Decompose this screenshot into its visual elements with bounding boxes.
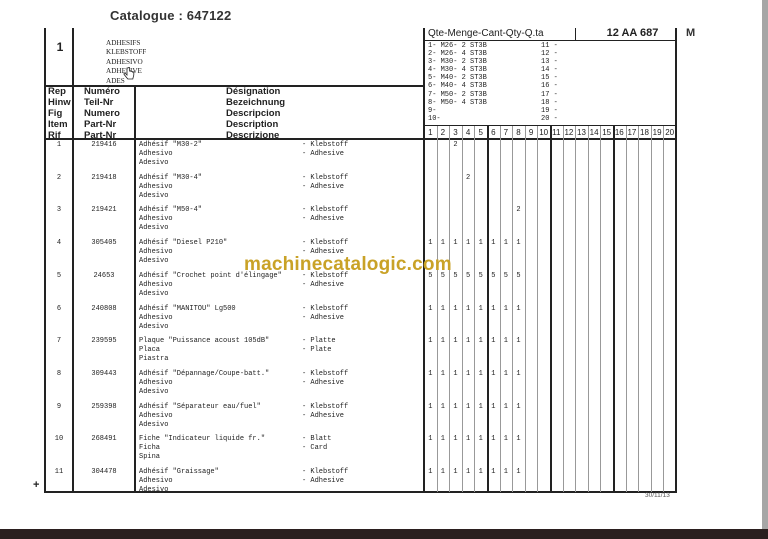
- qty-column-divider: [600, 126, 601, 492]
- catalogue-title: Catalogue : 647122: [110, 8, 231, 23]
- variant-line: 14 -: [541, 66, 558, 74]
- row-designation: Adhésif "M50-4" Adhesivo Adesivo: [139, 206, 202, 233]
- part-number-header-line: Teil-Nr: [84, 97, 120, 108]
- row-designation: Adhésif "MANITOU" Lg500 Adhesivo Adesivo: [139, 305, 236, 332]
- row-qty-cell: 1: [500, 370, 513, 378]
- qty-column-number: 7: [500, 128, 513, 137]
- row-part-number: 239595: [74, 337, 134, 346]
- row-qty-cell: 1: [424, 370, 437, 378]
- row-translation: - Blatt - Card: [302, 435, 331, 453]
- qty-column-number: 19: [651, 128, 664, 137]
- qty-column-divider: [563, 126, 564, 492]
- qty-column-number: 18: [638, 128, 651, 137]
- qty-column-number: 20: [663, 128, 676, 137]
- part-number-header-line: Part-Nr: [84, 119, 120, 130]
- row-qty-cell: 1: [424, 468, 437, 476]
- variant-line: 1- M26- 2 ST3B: [428, 42, 487, 50]
- row-qty-cell: 1: [512, 435, 525, 443]
- row-qty-cell: 1: [474, 370, 487, 378]
- figure-number: 1: [45, 40, 75, 54]
- row-qty-cell: 5: [474, 272, 487, 280]
- qty-column-number: 11: [550, 128, 563, 137]
- row-part-number: 219416: [74, 141, 134, 150]
- row-rep: 2: [46, 174, 72, 183]
- hand-cursor-icon: [123, 67, 135, 81]
- qty-column-divider: [638, 126, 639, 492]
- variant-line: 3- M30- 2 ST3B: [428, 58, 487, 66]
- qty-column-number: 2: [437, 128, 450, 137]
- row-rep: 5: [46, 272, 72, 281]
- row-translation: - Klebstoff - Adhesive: [302, 141, 348, 159]
- variant-line: 9-: [428, 107, 487, 115]
- row-qty-cell: 1: [512, 305, 525, 313]
- part-number-header-line: Numero: [84, 108, 120, 119]
- qty-column-number: 10: [537, 128, 550, 137]
- figure-title-line: ADHESIVO: [106, 58, 146, 67]
- row-qty-cell: 1: [500, 435, 513, 443]
- row-qty-cell: 1: [512, 370, 525, 378]
- designation-header-line: Bezeichnung: [226, 97, 285, 108]
- row-translation: - Klebstoff - Adhesive: [302, 468, 348, 486]
- variant-line: 20 -: [541, 115, 558, 123]
- row-rep: 9: [46, 403, 72, 412]
- qty-column-number: 1: [424, 128, 437, 137]
- qty-column-number: 12: [563, 128, 576, 137]
- qty-column-number: 16: [613, 128, 626, 137]
- variant-line: 16 -: [541, 82, 558, 90]
- row-translation: - Klebstoff - Adhesive: [302, 206, 348, 224]
- designation-header-line: Désignation: [226, 86, 285, 97]
- row-qty-cell: 1: [449, 239, 462, 247]
- variant-line: 15 -: [541, 74, 558, 82]
- row-qty-cell: 1: [449, 468, 462, 476]
- row-translation: - Klebstoff - Adhesive: [302, 174, 348, 192]
- qty-column-number: 14: [588, 128, 601, 137]
- continuation-mark: +: [33, 479, 39, 491]
- designation-header-line: Descrizione: [226, 130, 285, 141]
- row-rep: 11: [46, 468, 72, 477]
- variant-line: 6- M40- 4 ST3B: [428, 82, 487, 90]
- figure-title-line: KLEBSTOFF: [106, 48, 146, 57]
- viewer-bottom-bar: [0, 529, 768, 539]
- row-part-number: 268491: [74, 435, 134, 444]
- variant-line: 19 -: [541, 107, 558, 115]
- print-date: 30/11/13: [645, 492, 670, 499]
- row-qty-cell: 1: [512, 239, 525, 247]
- reference-code: 12 AA 687: [590, 27, 675, 39]
- row-qty-cell: 1: [462, 435, 475, 443]
- row-qty-cell: 1: [437, 468, 450, 476]
- qty-column-divider: [550, 126, 552, 492]
- frame-right-border: [675, 28, 677, 493]
- row-qty-cell: 1: [474, 337, 487, 345]
- qty-column-number: 17: [626, 128, 639, 137]
- frame-part-divider: [134, 85, 136, 493]
- row-qty-cell: 1: [487, 435, 500, 443]
- row-qty-cell: 1: [437, 370, 450, 378]
- row-qty-cell: 1: [474, 305, 487, 313]
- row-qty-cell: 1: [487, 370, 500, 378]
- row-qty-cell: 5: [512, 272, 525, 280]
- row-part-number: 305405: [74, 239, 134, 248]
- row-qty-cell: 5: [487, 272, 500, 280]
- variant-line: 12 -: [541, 50, 558, 58]
- variant-line: 13 -: [541, 58, 558, 66]
- row-part-number: 304478: [74, 468, 134, 477]
- row-qty-cell: 1: [462, 239, 475, 247]
- qty-column-divider: [575, 126, 576, 492]
- row-qty-cell: 1: [474, 435, 487, 443]
- rep-header-line: Hinw: [48, 97, 71, 108]
- qty-title-divider: [575, 28, 576, 40]
- designation-header-line: Description: [226, 119, 285, 130]
- row-part-number: 309443: [74, 370, 134, 379]
- rep-header: RepHinwFigItemRif: [48, 86, 71, 141]
- variant-line: 2- M26- 4 ST3B: [428, 50, 487, 58]
- row-qty-cell: 1: [487, 468, 500, 476]
- row-qty-cell: 1: [462, 337, 475, 345]
- qty-column-divider: [588, 126, 589, 492]
- designation-header-line: Descripcion: [226, 108, 285, 119]
- row-qty-cell: 1: [500, 305, 513, 313]
- mark-m: M: [686, 27, 695, 39]
- qty-title-underline: [423, 40, 677, 41]
- row-rep: 10: [46, 435, 72, 444]
- column-header-bottom: [44, 138, 677, 140]
- vertical-scrollbar[interactable]: [762, 0, 768, 529]
- row-designation: Plaque "Puissance acoust 105dB" Placa Pi…: [139, 337, 269, 364]
- figure-title-line: ADHESIFS: [106, 39, 146, 48]
- row-qty-cell: 1: [424, 403, 437, 411]
- row-designation: Adhésif "Diesel P210" Adhesivo Adesivo: [139, 239, 227, 266]
- row-qty-cell: 1: [449, 435, 462, 443]
- row-translation: - Klebstoff - Adhesive: [302, 370, 348, 388]
- row-rep: 3: [46, 206, 72, 215]
- row-designation: Fiche "Indicateur liquide fr." Ficha Spi…: [139, 435, 265, 462]
- row-part-number: 240808: [74, 305, 134, 314]
- row-qty-cell: 1: [500, 337, 513, 345]
- row-qty-cell: 5: [500, 272, 513, 280]
- part-number-header-line: Part-Nr: [84, 130, 120, 141]
- part-number-header-line: Numéro: [84, 86, 120, 97]
- row-qty-cell: 1: [512, 468, 525, 476]
- quantity-header: Qte-Menge-Cant-Qty-Q.ta: [428, 28, 544, 39]
- qty-column-divider: [651, 126, 652, 492]
- row-qty-cell: 2: [512, 206, 525, 214]
- row-translation: - Platte - Plate: [302, 337, 336, 355]
- row-designation: Adhésif "Graissage" Adhesivo Adesivo: [139, 468, 219, 495]
- row-qty-cell: 1: [474, 403, 487, 411]
- row-qty-cell: 1: [462, 403, 475, 411]
- variant-list-right: 11 -12 -13 -14 -15 -16 -17 -18 -19 -20 -: [541, 42, 558, 123]
- row-qty-cell: 1: [424, 337, 437, 345]
- row-qty-cell: 5: [462, 272, 475, 280]
- qty-column-number: 4: [462, 128, 475, 137]
- row-qty-cell: 1: [449, 337, 462, 345]
- variant-list-left: 1- M26- 2 ST3B2- M26- 4 ST3B3- M30- 2 ST…: [428, 42, 487, 123]
- row-rep: 4: [46, 239, 72, 248]
- rep-header-line: Rif: [48, 130, 71, 141]
- variant-line: 10-: [428, 115, 487, 123]
- row-part-number: 24653: [74, 272, 134, 281]
- qty-column-number: 6: [487, 128, 500, 137]
- row-qty-cell: 1: [437, 403, 450, 411]
- row-qty-cell: 1: [487, 403, 500, 411]
- qty-column-number: 15: [600, 128, 613, 137]
- qty-column-divider: [626, 126, 627, 492]
- row-qty-cell: 1: [424, 305, 437, 313]
- row-designation: Adhésif "M30-4" Adhesivo Adesivo: [139, 174, 202, 201]
- row-qty-cell: 1: [449, 370, 462, 378]
- row-qty-cell: 2: [449, 141, 462, 149]
- variant-line: 7- M50- 2 ST3B: [428, 91, 487, 99]
- rep-header-line: Item: [48, 119, 71, 130]
- row-qty-cell: 1: [424, 435, 437, 443]
- row-qty-cell: 1: [512, 337, 525, 345]
- row-qty-cell: 2: [462, 174, 475, 182]
- row-designation: Adhésif "Séparateur eau/fuel" Adhesivo A…: [139, 403, 261, 430]
- row-rep: 6: [46, 305, 72, 314]
- row-qty-cell: 1: [487, 305, 500, 313]
- row-qty-cell: 1: [512, 403, 525, 411]
- row-designation: Adhésif "M30-2" Adhesivo Adesivo: [139, 141, 202, 168]
- variant-line: 8- M50- 4 ST3B: [428, 99, 487, 107]
- row-qty-cell: 1: [437, 337, 450, 345]
- qty-column-number: 13: [575, 128, 588, 137]
- qty-column-divider: [663, 126, 664, 492]
- row-rep: 7: [46, 337, 72, 346]
- rep-header-line: Fig: [48, 108, 71, 119]
- row-rep: 8: [46, 370, 72, 379]
- row-qty-cell: 1: [449, 403, 462, 411]
- row-translation: - Klebstoff - Adhesive: [302, 403, 348, 421]
- row-qty-cell: 1: [462, 305, 475, 313]
- qty-column-number: 3: [449, 128, 462, 137]
- row-qty-cell: 1: [474, 239, 487, 247]
- row-translation: - Klebstoff - Adhesive: [302, 305, 348, 323]
- variant-line: 18 -: [541, 99, 558, 107]
- row-qty-cell: 1: [449, 305, 462, 313]
- row-qty-cell: 1: [437, 239, 450, 247]
- row-qty-cell: 1: [437, 305, 450, 313]
- watermark: machinecatalogic.com: [244, 254, 452, 276]
- variant-line: 17 -: [541, 91, 558, 99]
- rep-header-line: Rep: [48, 86, 71, 97]
- row-qty-cell: 1: [462, 370, 475, 378]
- qty-column-number: 5: [474, 128, 487, 137]
- row-designation: Adhésif "Dépannage/Coupe-batt." Adhesivo…: [139, 370, 269, 397]
- row-qty-cell: 1: [500, 403, 513, 411]
- row-qty-cell: 1: [500, 239, 513, 247]
- qty-column-divider: [613, 126, 615, 492]
- variant-line: 5- M40- 2 ST3B: [428, 74, 487, 82]
- row-rep: 1: [46, 141, 72, 150]
- row-qty-cell: 1: [487, 239, 500, 247]
- row-qty-cell: 1: [500, 468, 513, 476]
- designation-header: DésignationBezeichnungDescripcionDescrip…: [226, 86, 285, 141]
- row-part-number: 259398: [74, 403, 134, 412]
- variant-line: 4- M30- 4 ST3B: [428, 66, 487, 74]
- row-qty-cell: 1: [437, 435, 450, 443]
- part-number-header: NuméroTeil-NrNumeroPart-NrPart-Nr: [84, 86, 120, 141]
- qty-column-number: 9: [525, 128, 538, 137]
- row-qty-cell: 1: [487, 337, 500, 345]
- row-qty-cell: 1: [474, 468, 487, 476]
- row-qty-cell: 1: [424, 239, 437, 247]
- frame-left-border: [44, 28, 46, 493]
- row-part-number: 219418: [74, 174, 134, 183]
- variant-line: 11 -: [541, 42, 558, 50]
- qty-column-divider: [537, 126, 538, 492]
- row-qty-cell: 1: [462, 468, 475, 476]
- row-part-number: 219421: [74, 206, 134, 215]
- frame-rep-divider: [72, 28, 74, 493]
- qty-column-number: 8: [512, 128, 525, 137]
- qty-column-divider: [525, 126, 526, 492]
